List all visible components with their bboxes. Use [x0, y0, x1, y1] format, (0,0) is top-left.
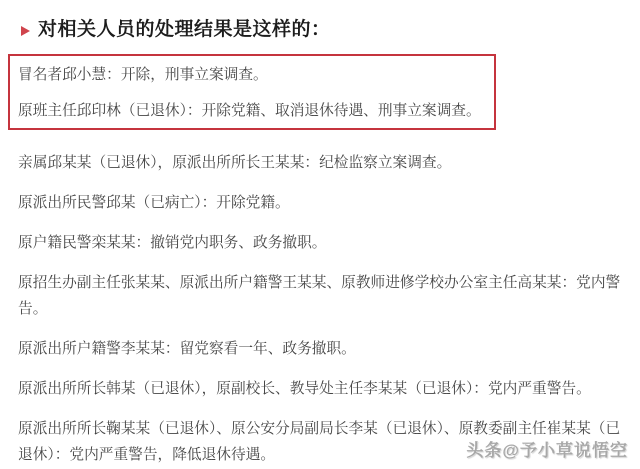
triangle-bullet-icon [21, 26, 30, 36]
result-paragraph: 亲属邱某某（已退休），原派出所所长王某某：纪检监察立案调查。 [18, 150, 622, 176]
watermark: 头条@予小草说悟空 [466, 436, 628, 461]
highlight-line: 原班主任邱印林（已退休）：开除党籍、取消退休待遇、刑事立案调查。 [18, 98, 486, 124]
highlight-box: 冒名者邱小慧：开除，刑事立案调查。 原班主任邱印林（已退休）：开除党籍、取消退休… [8, 54, 496, 130]
result-paragraph: 原招生办副主任张某某、原派出所户籍警王某某、原教师进修学校办公室主任高某某：党内… [18, 270, 622, 322]
result-paragraph: 原派出所所长韩某（已退休），原副校长、教导处主任李某某（已退休）：党内严重警告。 [18, 376, 622, 402]
page-title-text: 对相关人员的处理结果是这样的： [38, 16, 331, 44]
result-paragraph: 原派出所户籍警李某某：留党察看一年、政务撤职。 [18, 336, 622, 362]
highlight-line: 冒名者邱小慧：开除，刑事立案调查。 [18, 62, 486, 88]
result-paragraph: 原户籍民警栾某某：撤销党内职务、政务撤职。 [18, 230, 622, 256]
result-paragraph: 原派出所民警邱某（已病亡）：开除党籍。 [18, 190, 622, 216]
article-body: 对相关人员的处理结果是这样的： 冒名者邱小慧：开除，刑事立案调查。 原班主任邱印… [0, 0, 640, 468]
page-title: 对相关人员的处理结果是这样的： [18, 16, 622, 44]
